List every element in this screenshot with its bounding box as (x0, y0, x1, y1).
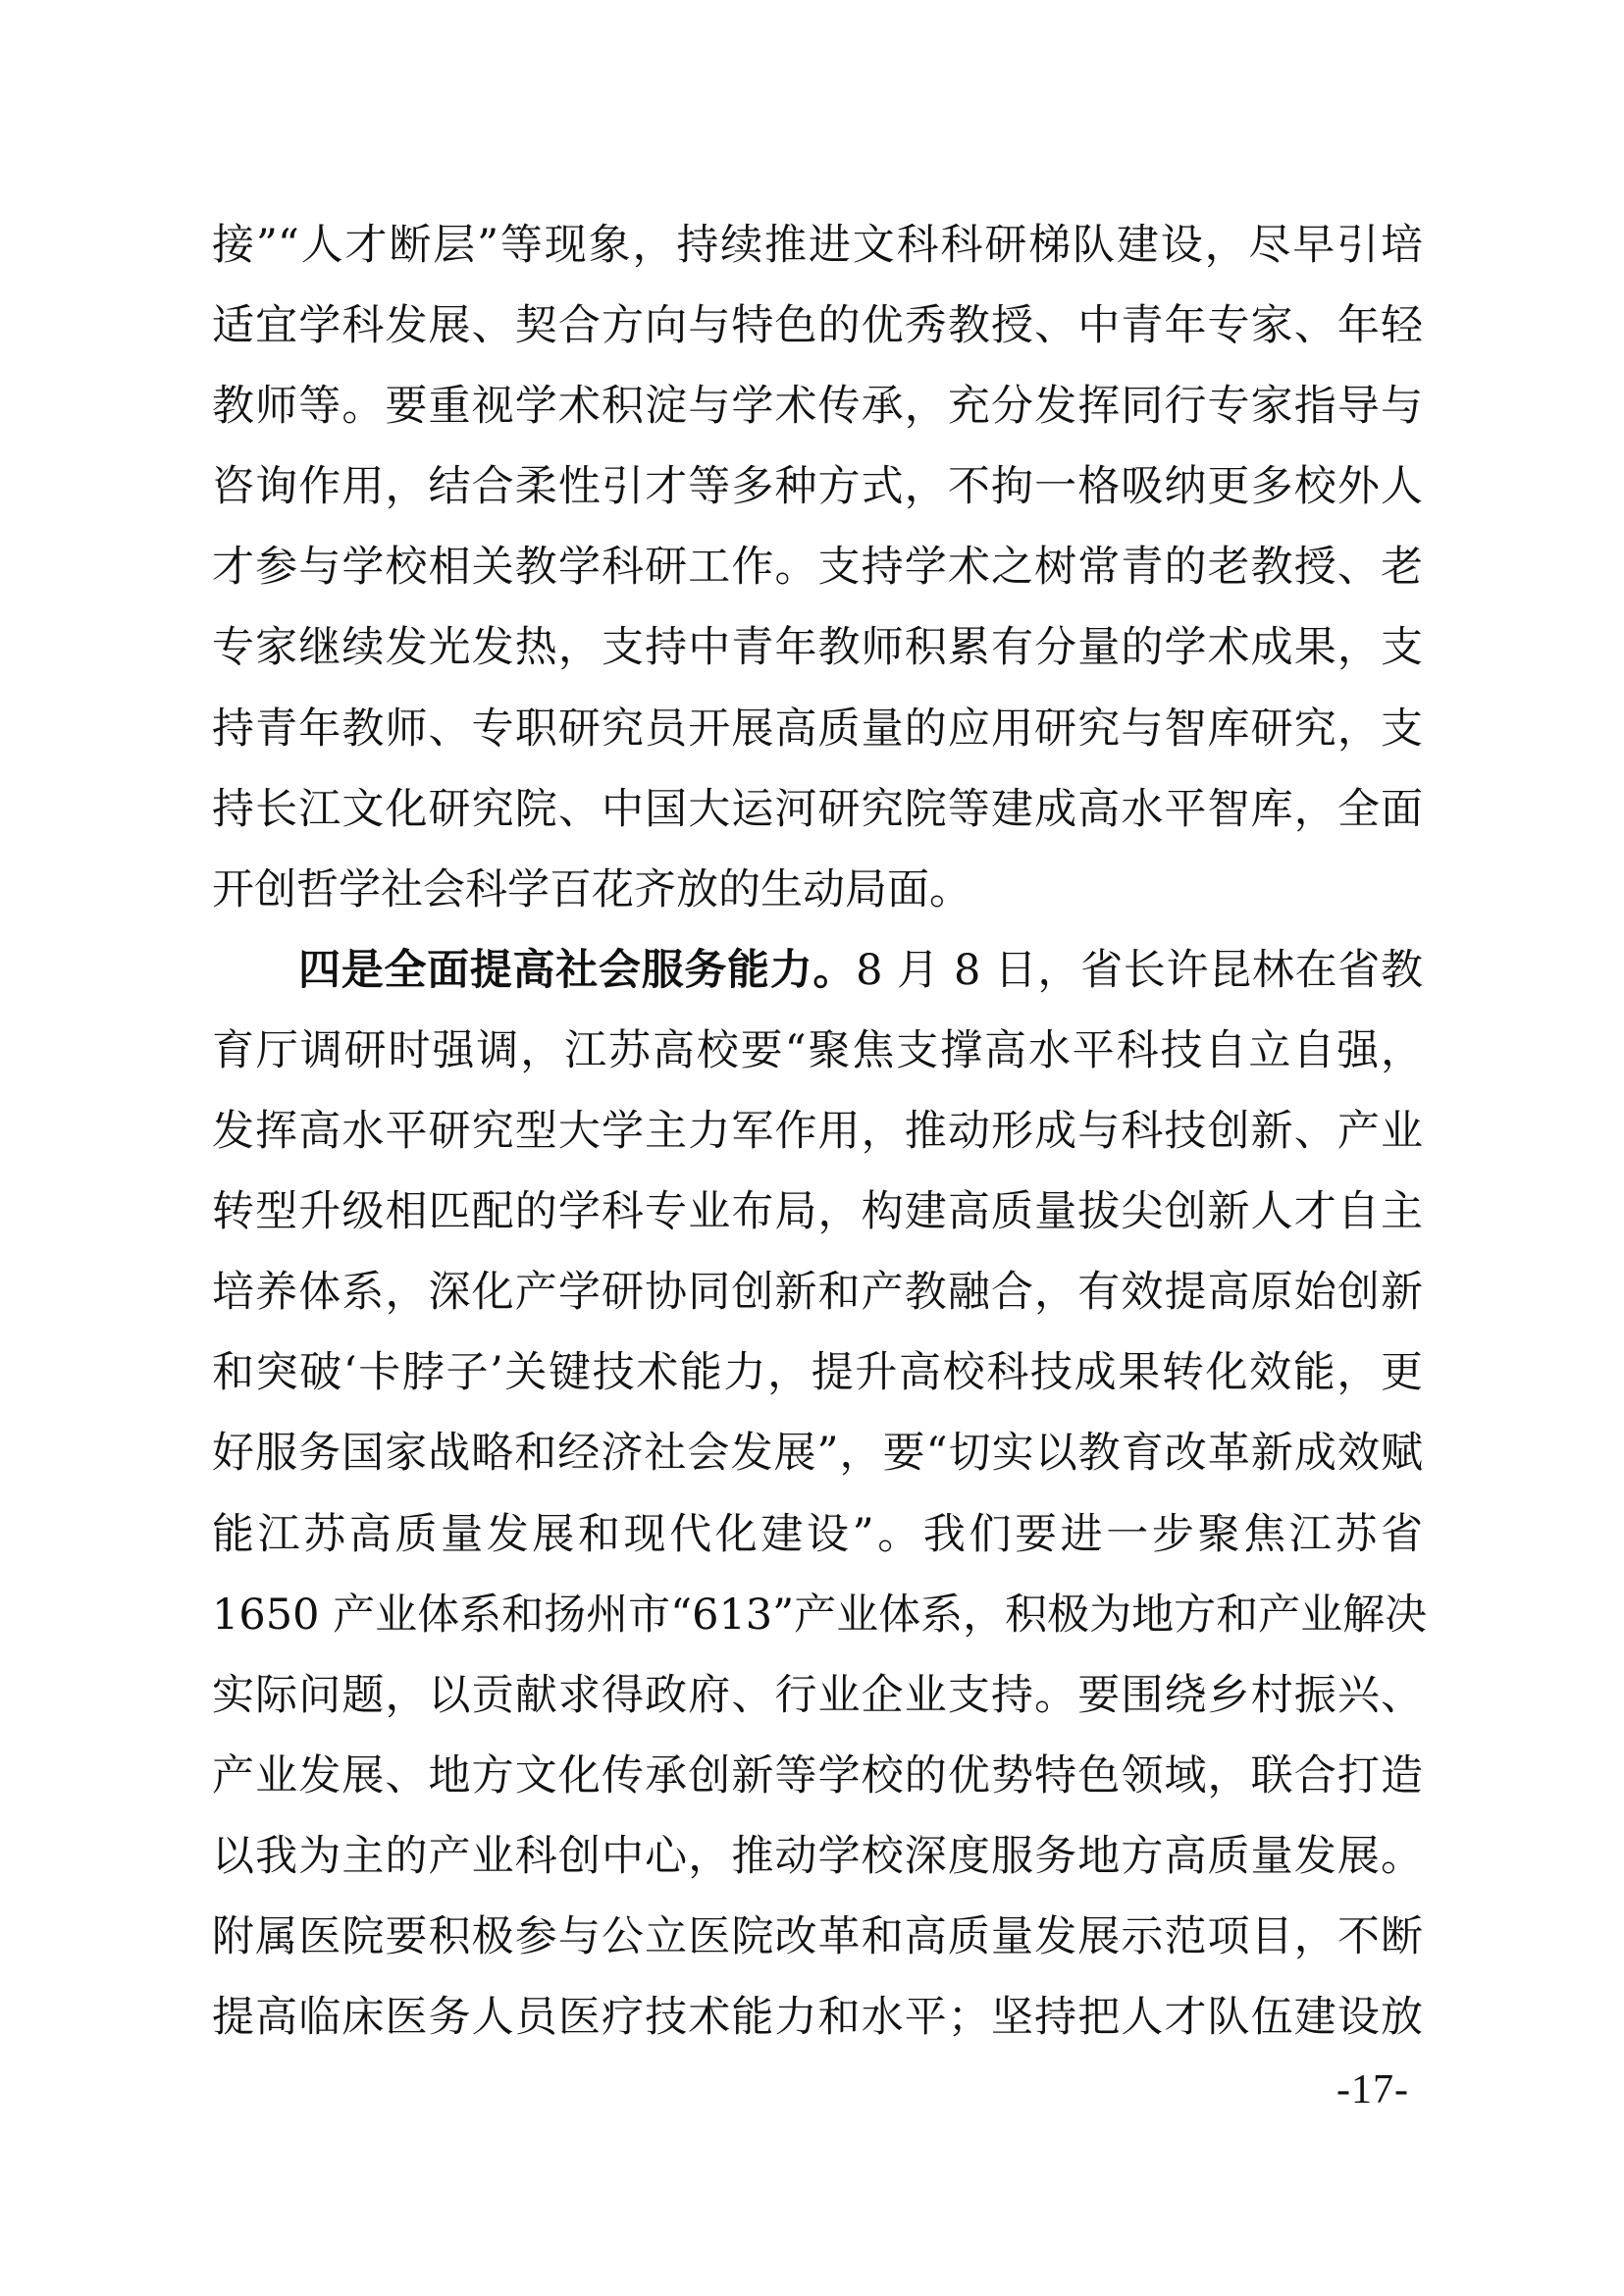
text-line: 以我为主的产业科创中心，推动学校深度服务地方高质量发展。 (212, 1816, 1423, 1897)
text-line: 1650 产业体系和扬州市“613”产业体系，积极为地方和产业解决 (212, 1575, 1423, 1655)
text-line: 实际问题，以贡献求得政府、行业企业支持。要围绕乡村振兴、 (212, 1655, 1423, 1736)
text-line: 好服务国家战略和经济社会发展”，要“切实以教育改革新成效赋 (212, 1413, 1423, 1493)
text-line: 持青年教师、专职研究员开展高质量的应用研究与智库研究，支 (212, 689, 1423, 769)
text-line: 才参与学校相关教学科研工作。支持学术之树常青的老教授、老 (212, 527, 1423, 607)
text-line: 育厅调研时强调，江苏高校要“聚焦支撑高水平科技自立自强， (212, 1011, 1423, 1091)
text-line: 开创哲学社会科学百花齐放的生动局面。 (212, 850, 1423, 930)
text-line: 能江苏高质量发展和现代化建设”。我们要进一步聚焦江苏省 (212, 1494, 1423, 1575)
document-page: 接”“人才断层”等现象，持续推进文科科研梯队建设，尽早引培 适宜学科发展、契合方… (0, 0, 1624, 2296)
text-line: 附属医院要积极参与公立医院改革和高质量发展示范项目，不断 (212, 1897, 1423, 1977)
text-line: 提高临床医务人员医疗技术能力和水平；坚持把人才队伍建设放 (212, 1977, 1423, 2058)
body-text: 接”“人才断层”等现象，持续推进文科科研梯队建设，尽早引培 适宜学科发展、契合方… (212, 205, 1423, 2058)
text-line: 培养体系，深化产学研协同创新和产教融合，有效提高原始创新 (212, 1252, 1423, 1332)
paragraph-heading: 四是全面提高社会服务能力。 (298, 946, 856, 995)
text-line: 专家继续发光发热，支持中青年教师积累有分量的学术成果，支 (212, 607, 1423, 688)
text-run: 8 月 8 日，省长许昆林在省教 (856, 946, 1423, 995)
text-line: 适宜学科发展、契合方向与特色的优秀教授、中青年专家、年轻 (212, 286, 1423, 366)
text-line: 产业发展、地方文化传承创新等学校的优势特色领域，联合打造 (212, 1736, 1423, 1816)
text-line: 教师等。要重视学术积淀与学术传承，充分发挥同行专家指导与 (212, 366, 1423, 446)
text-line: 接”“人才断层”等现象，持续推进文科科研梯队建设，尽早引培 (212, 205, 1423, 286)
page-number: -17- (1336, 2066, 1409, 2113)
text-line: 发挥高水平研究型大学主力军作用，推动形成与科技创新、产业 (212, 1091, 1423, 1172)
text-line: 转型升级相匹配的学科专业布局，构建高质量拔尖创新人才自主 (212, 1172, 1423, 1252)
paragraph-first-line: 四是全面提高社会服务能力。8 月 8 日，省长许昆林在省教 (212, 930, 1423, 1011)
text-line: 和突破‘卡脖子’关键技术能力，提升高校科技成果转化效能，更 (212, 1332, 1423, 1413)
text-line: 咨询作用，结合柔性引才等多种方式，不拘一格吸纳更多校外人 (212, 446, 1423, 527)
text-line: 持长江文化研究院、中国大运河研究院等建成高水平智库，全面 (212, 769, 1423, 850)
